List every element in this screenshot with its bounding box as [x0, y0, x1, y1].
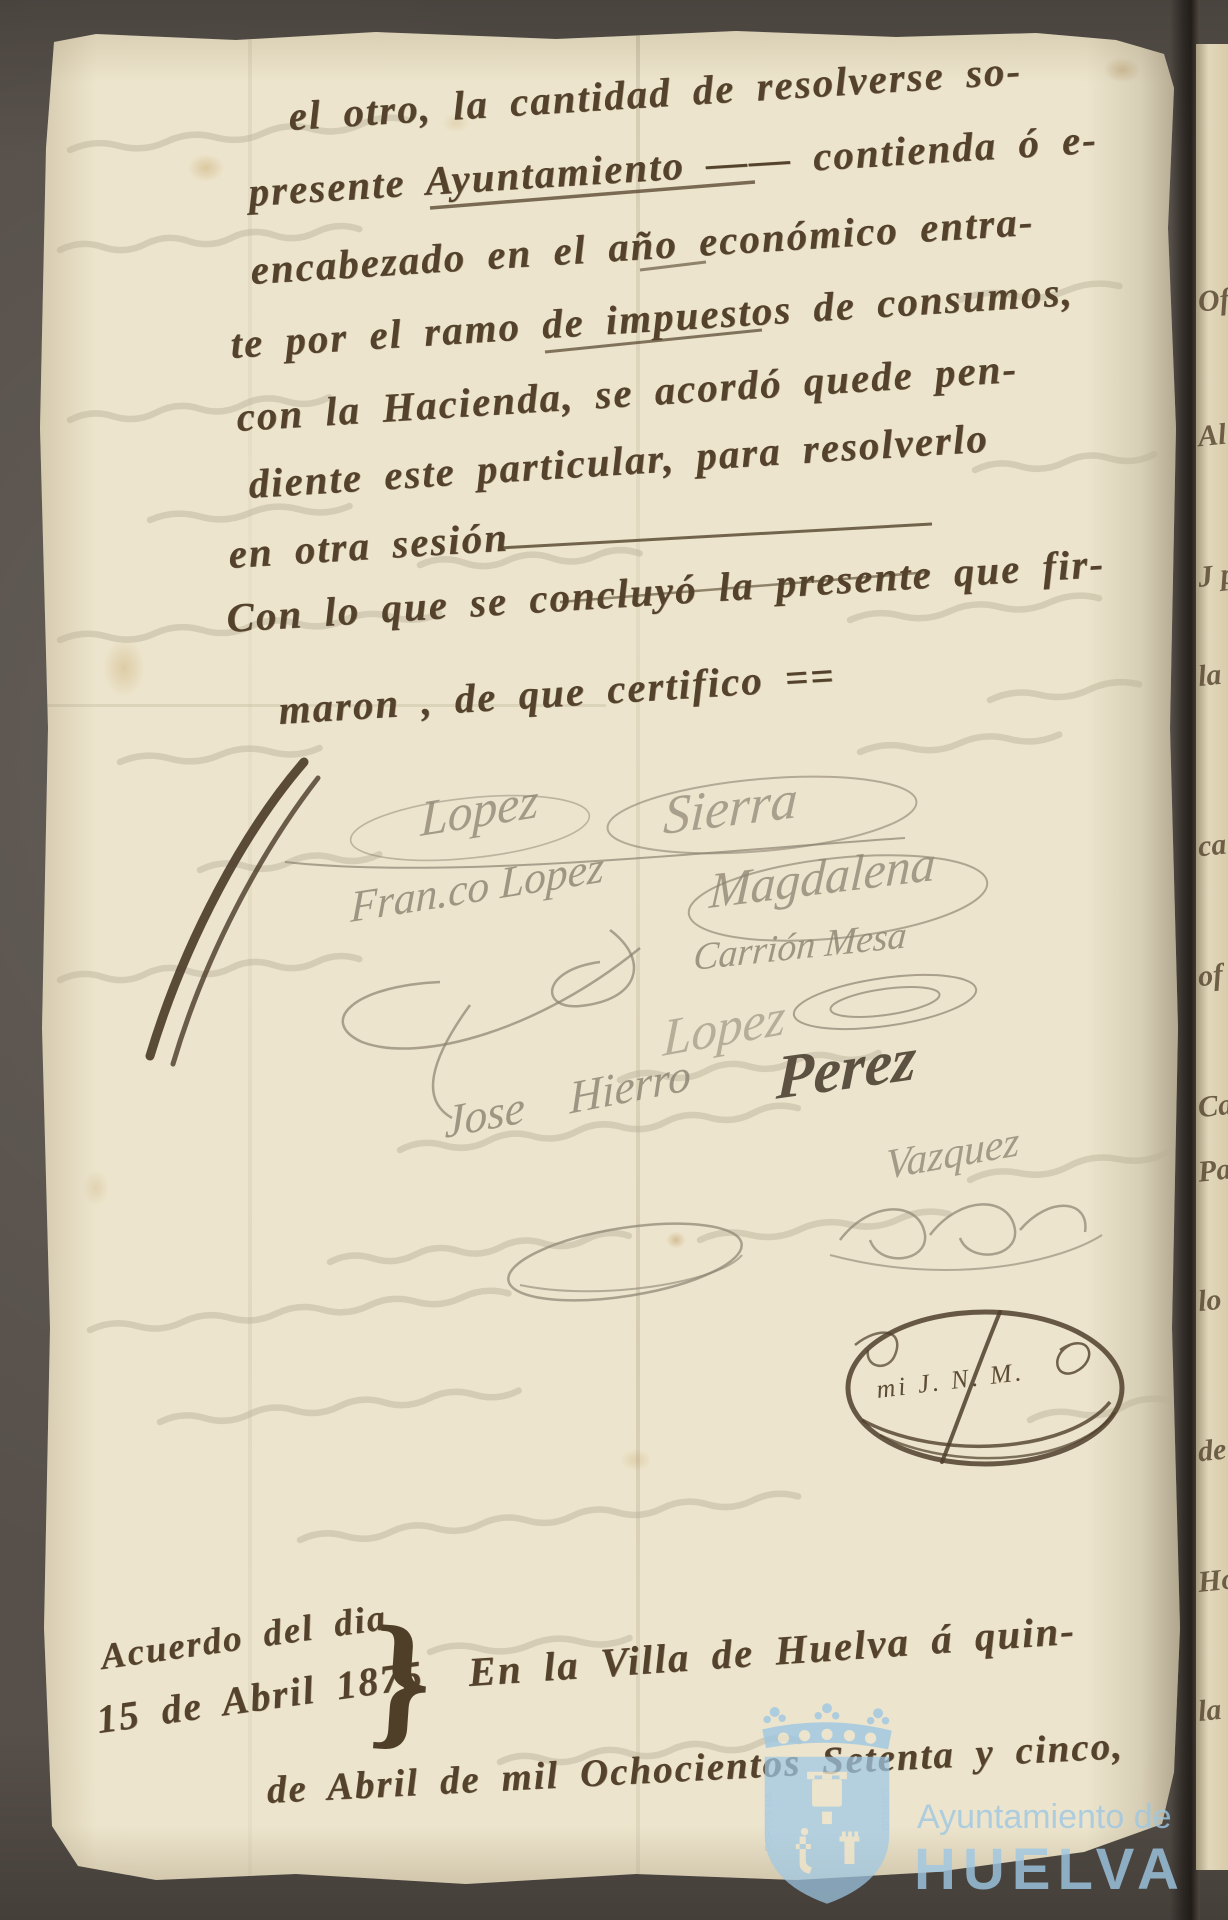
sliver-text-fragment: de: [1196, 1433, 1228, 1470]
sliver-text-fragment: J p: [1196, 557, 1228, 595]
scanned-document-view: Of Al J p la ca of Cai Pa lo de Ho la el…: [0, 0, 1228, 1920]
sliver-text-fragment: Al: [1196, 418, 1228, 455]
watermark-text: HUELVA: [914, 1836, 1186, 1903]
sliver-text-fragment: Pa: [1196, 1152, 1228, 1189]
motto-left: PORTUS MA: [764, 1792, 775, 1851]
sliver-text-fragment: of: [1196, 958, 1224, 994]
watermark-text: Ayuntamiento de: [917, 1798, 1172, 1837]
sliver-text-fragment: ca: [1196, 828, 1228, 865]
sliver-text-fragment: Of: [1196, 282, 1228, 319]
sliver-text-fragment: la: [1196, 658, 1223, 694]
motto-right: CUSTOD: [879, 1789, 890, 1831]
sliver-text-fragment: Ho: [1196, 1562, 1228, 1600]
sliver-text-fragment: Cai: [1196, 1087, 1228, 1125]
sliver-text-fragment: lo: [1196, 1283, 1223, 1319]
archive-watermark: PORTUS MA CUSTOD Ayuntamiento de HUELVA: [752, 1702, 1212, 1920]
huelva-coat-of-arms-icon: PORTUS MA CUSTOD: [752, 1702, 902, 1920]
adjacent-page-sliver: Of Al J p la ca of Cai Pa lo de Ho la: [1196, 44, 1228, 1870]
margin-note-brace: }: [366, 1592, 437, 1768]
